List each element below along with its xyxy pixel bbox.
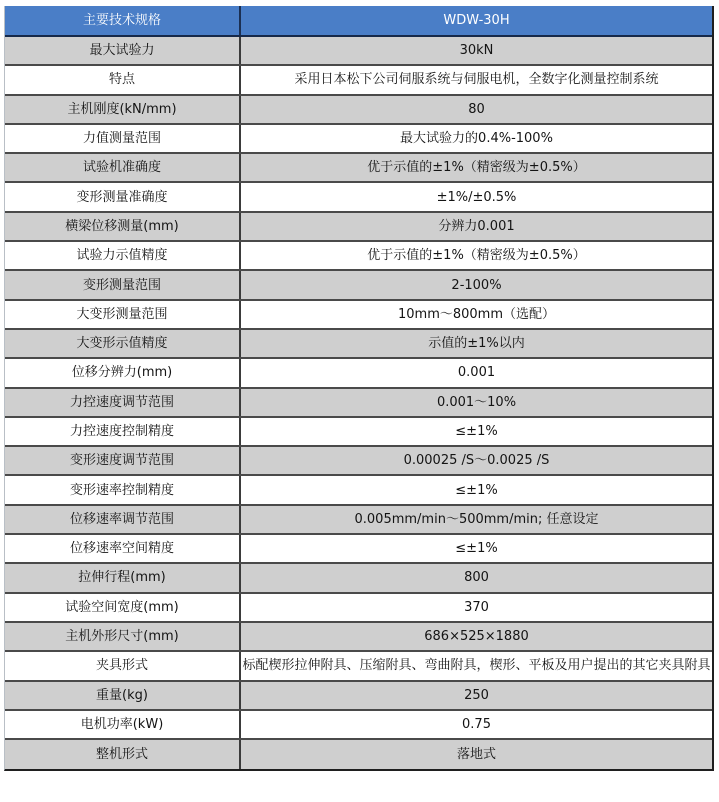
row-value-cell: 分辨力0.001 xyxy=(241,213,712,240)
header-cell-spec-name: 主要技术规格 xyxy=(5,6,241,35)
row-value-cell: 优于示值的±1%（精密级为±0.5%） xyxy=(241,242,712,269)
row-label-cell: 重量(kg) xyxy=(5,682,241,709)
table-row: 变形测量范围2-100% xyxy=(5,271,712,300)
table-row: 力值测量范围最大试验力的0.4%-100% xyxy=(5,125,712,154)
row-label-cell: 位移分辨力(mm) xyxy=(5,359,241,386)
table-row: 主机外形尺寸(mm)686×525×1880 xyxy=(5,623,712,652)
row-value-cell: 80 xyxy=(241,96,712,123)
table-row: 整机形式落地式 xyxy=(5,740,712,769)
row-value-cell: 优于示值的±1%（精密级为±0.5%） xyxy=(241,154,712,181)
row-label-cell: 主机外形尺寸(mm) xyxy=(5,623,241,650)
row-label-cell: 力值测量范围 xyxy=(5,125,241,152)
row-value-cell: ≤±1% xyxy=(241,476,712,503)
row-label-cell: 整机形式 xyxy=(5,740,241,769)
row-label-cell: 变形速率控制精度 xyxy=(5,476,241,503)
table-row: 最大试验力30kN xyxy=(5,37,712,66)
row-label-cell: 横梁位移测量(mm) xyxy=(5,213,241,240)
row-value-cell: 0.001～10% xyxy=(241,389,712,416)
row-value-cell: 370 xyxy=(241,594,712,621)
row-value-cell: 落地式 xyxy=(241,740,712,769)
table-row: 变形速率控制精度≤±1% xyxy=(5,476,712,505)
row-value-cell: ≤±1% xyxy=(241,418,712,445)
row-value-cell: 示值的±1%以内 xyxy=(241,330,712,357)
table-row: 重量(kg)250 xyxy=(5,682,712,711)
row-label-cell: 试验机准确度 xyxy=(5,154,241,181)
table-row: 力控速度调节范围0.001～10% xyxy=(5,389,712,418)
row-label-cell: 电机功率(kW) xyxy=(5,711,241,738)
row-label-cell: 试验力示值精度 xyxy=(5,242,241,269)
row-label-cell: 力控速度控制精度 xyxy=(5,418,241,445)
row-label-cell: 主机刚度(kN/mm) xyxy=(5,96,241,123)
row-label-cell: 变形测量范围 xyxy=(5,271,241,298)
table-row: 变形测量准确度±1%/±0.5% xyxy=(5,183,712,212)
table-row: 位移速率调节范围0.005mm/min～500mm/min; 任意设定 xyxy=(5,506,712,535)
row-value-cell: 800 xyxy=(241,564,712,591)
table-row: 拉伸行程(mm)800 xyxy=(5,564,712,593)
row-label-cell: 位移速率调节范围 xyxy=(5,506,241,533)
row-value-cell: ±1%/±0.5% xyxy=(241,183,712,210)
row-value-cell: 0.75 xyxy=(241,711,712,738)
table-row: 变形速度调节范围0.00025 /S～0.0025 /S xyxy=(5,447,712,476)
row-label-cell: 力控速度调节范围 xyxy=(5,389,241,416)
table-row: 大变形示值精度示值的±1%以内 xyxy=(5,330,712,359)
row-label-cell: 试验空间宽度(mm) xyxy=(5,594,241,621)
row-label-cell: 变形测量准确度 xyxy=(5,183,241,210)
row-value-cell: 最大试验力的0.4%-100% xyxy=(241,125,712,152)
table-row: 试验空间宽度(mm)370 xyxy=(5,594,712,623)
header-cell-model: WDW-30H xyxy=(241,6,712,35)
table-row: 位移分辨力(mm)0.001 xyxy=(5,359,712,388)
table-row: 夹具形式标配楔形拉伸附具、压缩附具、弯曲附具，楔形、平板及用户提出的其它夹具附具 xyxy=(5,652,712,681)
row-value-cell: 2-100% xyxy=(241,271,712,298)
row-value-cell: 0.005mm/min～500mm/min; 任意设定 xyxy=(241,506,712,533)
spec-table: 主要技术规格 WDW-30H 最大试验力30kN特点采用日本松下公司伺服系统与伺… xyxy=(4,6,714,771)
table-row: 主机刚度(kN/mm)80 xyxy=(5,96,712,125)
spec-table-header-row: 主要技术规格 WDW-30H xyxy=(5,6,712,37)
row-value-cell: 标配楔形拉伸附具、压缩附具、弯曲附具，楔形、平板及用户提出的其它夹具附具 xyxy=(241,652,712,679)
row-label-cell: 变形速度调节范围 xyxy=(5,447,241,474)
table-row: 试验机准确度优于示值的±1%（精密级为±0.5%） xyxy=(5,154,712,183)
row-label-cell: 最大试验力 xyxy=(5,37,241,64)
table-row: 位移速率空间精度≤±1% xyxy=(5,535,712,564)
table-row: 电机功率(kW)0.75 xyxy=(5,711,712,740)
row-value-cell: 30kN xyxy=(241,37,712,64)
row-label-cell: 大变形示值精度 xyxy=(5,330,241,357)
row-label-cell: 夹具形式 xyxy=(5,652,241,679)
table-row: 大变形测量范围10mm～800mm（选配） xyxy=(5,301,712,330)
row-value-cell: 10mm～800mm（选配） xyxy=(241,301,712,328)
row-label-cell: 特点 xyxy=(5,66,241,93)
row-value-cell: 250 xyxy=(241,682,712,709)
row-label-cell: 大变形测量范围 xyxy=(5,301,241,328)
table-row: 横梁位移测量(mm)分辨力0.001 xyxy=(5,213,712,242)
row-value-cell: 686×525×1880 xyxy=(241,623,712,650)
row-value-cell: 采用日本松下公司伺服系统与伺服电机，全数字化测量控制系统 xyxy=(241,66,712,93)
spec-table-body: 最大试验力30kN特点采用日本松下公司伺服系统与伺服电机，全数字化测量控制系统主… xyxy=(5,37,712,769)
row-value-cell: 0.00025 /S～0.0025 /S xyxy=(241,447,712,474)
row-value-cell: 0.001 xyxy=(241,359,712,386)
table-row: 试验力示值精度优于示值的±1%（精密级为±0.5%） xyxy=(5,242,712,271)
row-value-cell: ≤±1% xyxy=(241,535,712,562)
row-label-cell: 位移速率空间精度 xyxy=(5,535,241,562)
table-row: 力控速度控制精度≤±1% xyxy=(5,418,712,447)
row-label-cell: 拉伸行程(mm) xyxy=(5,564,241,591)
table-row: 特点采用日本松下公司伺服系统与伺服电机，全数字化测量控制系统 xyxy=(5,66,712,95)
